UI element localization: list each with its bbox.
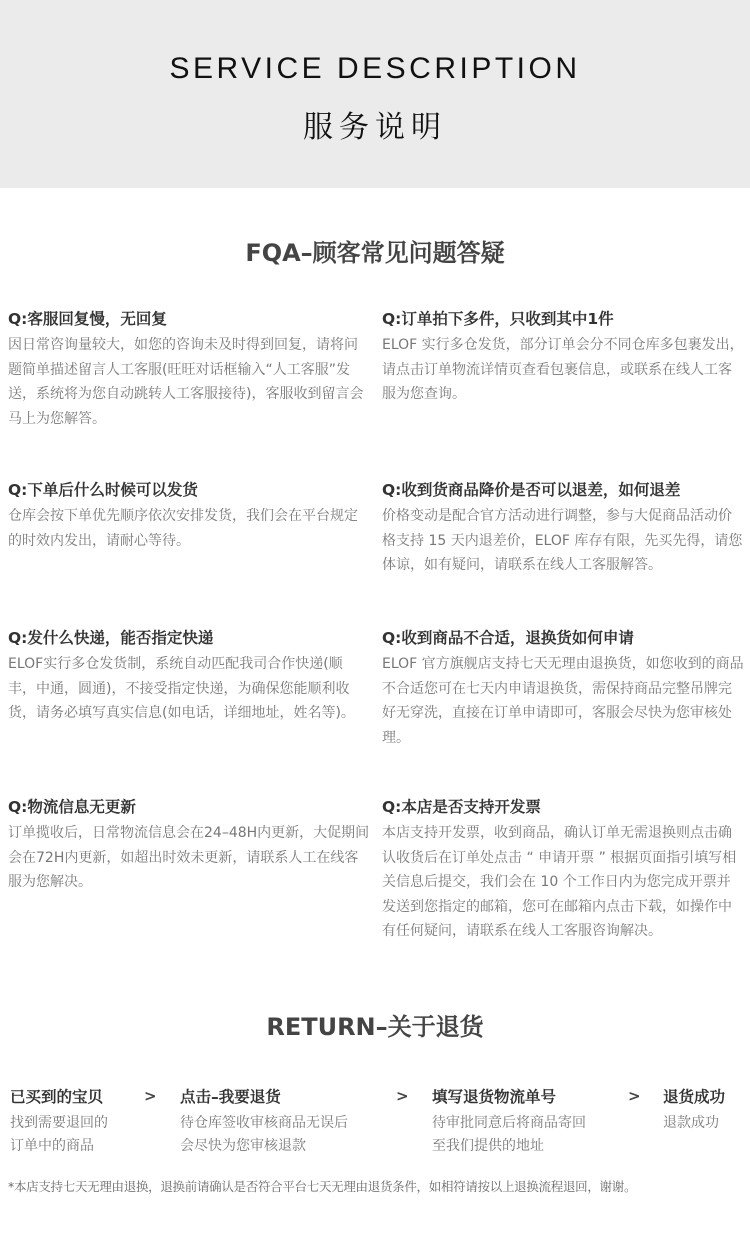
service-description-header: SERVICE DESCRIPTION 服务说明 bbox=[0, 0, 750, 188]
faq-answer: ELOF 官方旗舰店支持七天无理由退换货，如您收到的商品不合适您可在七天内申请退… bbox=[382, 652, 744, 750]
return-step-purchased: 已买到的宝贝 找到需要退回的 订单中的商品 bbox=[10, 1084, 108, 1158]
step-desc: 退款成功 bbox=[663, 1112, 725, 1135]
step-desc: 待审批同意后将商品寄回 至我们提供的地址 bbox=[432, 1112, 586, 1158]
faq-question: Q:订单拍下多件，只收到其中1件 bbox=[382, 306, 744, 332]
step-arrow-icon: > bbox=[144, 1087, 157, 1105]
step-desc: 找到需要退回的 订单中的商品 bbox=[10, 1112, 108, 1158]
faq-question: Q:收到货商品降价是否可以退差，如何退差 bbox=[382, 477, 744, 503]
faq-item-return-exchange: Q:收到商品不合适，退换货如何申请 ELOF 官方旗舰店支持七天无理由退换货，如… bbox=[382, 625, 744, 750]
faq-answer: 订单揽收后，日常物流信息会在24–48H内更新，大促期间会在72H内更新，如超出… bbox=[8, 821, 370, 895]
return-step-request: 点击–我要退货 待仓库签收审核商品无误后 会尽快为您审核退款 bbox=[180, 1084, 348, 1158]
step-title: 退货成功 bbox=[663, 1084, 725, 1110]
step-title: 填写退货物流单号 bbox=[432, 1084, 586, 1110]
faq-answer: 价格变动是配合官方活动进行调整，参与大促商品活动价格支持 15 天内退差价，EL… bbox=[382, 504, 744, 578]
faq-question: Q:下单后什么时候可以发货 bbox=[8, 477, 370, 503]
return-policy-note: *本店支持七天无理由退换，退换前请确认是否符合平台七天无理由退货条件，如相符请按… bbox=[8, 1177, 748, 1195]
return-step-success: 退货成功 退款成功 bbox=[663, 1084, 725, 1135]
faq-answer: ELOF实行多仓发货制，系统自动匹配我司合作快递(顺丰，中通，圆通)，不接受指定… bbox=[8, 652, 370, 726]
faq-question: Q:物流信息无更新 bbox=[8, 794, 370, 820]
step-arrow-icon: > bbox=[396, 1087, 409, 1105]
faq-item-logistics-update: Q:物流信息无更新 订单揽收后，日常物流信息会在24–48H内更新，大促期间会在… bbox=[8, 794, 370, 895]
faq-question: Q:收到商品不合适，退换货如何申请 bbox=[382, 625, 744, 651]
faq-answer: 因日常咨询量较大，如您的咨询未及时得到回复，请将问题简单描述留言人工客服(旺旺对… bbox=[8, 333, 370, 431]
faq-item-invoice: Q:本店是否支持开发票 本店支持开发票，收到商品，确认订单无需退换则点击确认收货… bbox=[382, 794, 744, 944]
faq-question: Q:发什么快递，能否指定快递 bbox=[8, 625, 370, 651]
faq-item-price-drop: Q:收到货商品降价是否可以退差，如何退差 价格变动是配合官方活动进行调整，参与大… bbox=[382, 477, 744, 578]
faq-answer: 本店支持开发票，收到商品，确认订单无需退换则点击确认收货后在订单处点击 “ 申请… bbox=[382, 821, 744, 944]
faq-item-shipping-time: Q:下单后什么时候可以发货 仓库会按下单优先顺序依次安排发货，我们会在平台规定的… bbox=[8, 477, 370, 553]
step-title: 点击–我要退货 bbox=[180, 1084, 348, 1110]
faq-section-title: FQA–顾客常见问题答疑 bbox=[0, 233, 750, 268]
faq-question: Q:客服回复慢，无回复 bbox=[8, 306, 370, 332]
return-step-tracking: 填写退货物流单号 待审批同意后将商品寄回 至我们提供的地址 bbox=[432, 1084, 586, 1158]
faq-answer: 仓库会按下单优先顺序依次安排发货，我们会在平台规定的时效内发出，请耐心等待。 bbox=[8, 504, 370, 553]
header-title-zh: 服务说明 bbox=[0, 102, 750, 146]
faq-item-partial-delivery: Q:订单拍下多件，只收到其中1件 ELOF 实行多仓发货，部分订单会分不同仓库多… bbox=[382, 306, 744, 407]
faq-item-courier: Q:发什么快递，能否指定快递 ELOF实行多仓发货制，系统自动匹配我司合作快递(… bbox=[8, 625, 370, 726]
step-desc: 待仓库签收审核商品无误后 会尽快为您审核退款 bbox=[180, 1112, 348, 1158]
step-title: 已买到的宝贝 bbox=[10, 1084, 108, 1110]
faq-item-slow-reply: Q:客服回复慢，无回复 因日常咨询量较大，如您的咨询未及时得到回复，请将问题简单… bbox=[8, 306, 370, 431]
header-title-en: SERVICE DESCRIPTION bbox=[0, 52, 750, 86]
return-section-title: RETURN–关于退货 bbox=[0, 1007, 750, 1042]
faq-answer: ELOF 实行多仓发货，部分订单会分不同仓库多包裹发出，请点击订单物流详情页查看… bbox=[382, 333, 744, 407]
faq-question: Q:本店是否支持开发票 bbox=[382, 794, 744, 820]
step-arrow-icon: > bbox=[628, 1087, 641, 1105]
